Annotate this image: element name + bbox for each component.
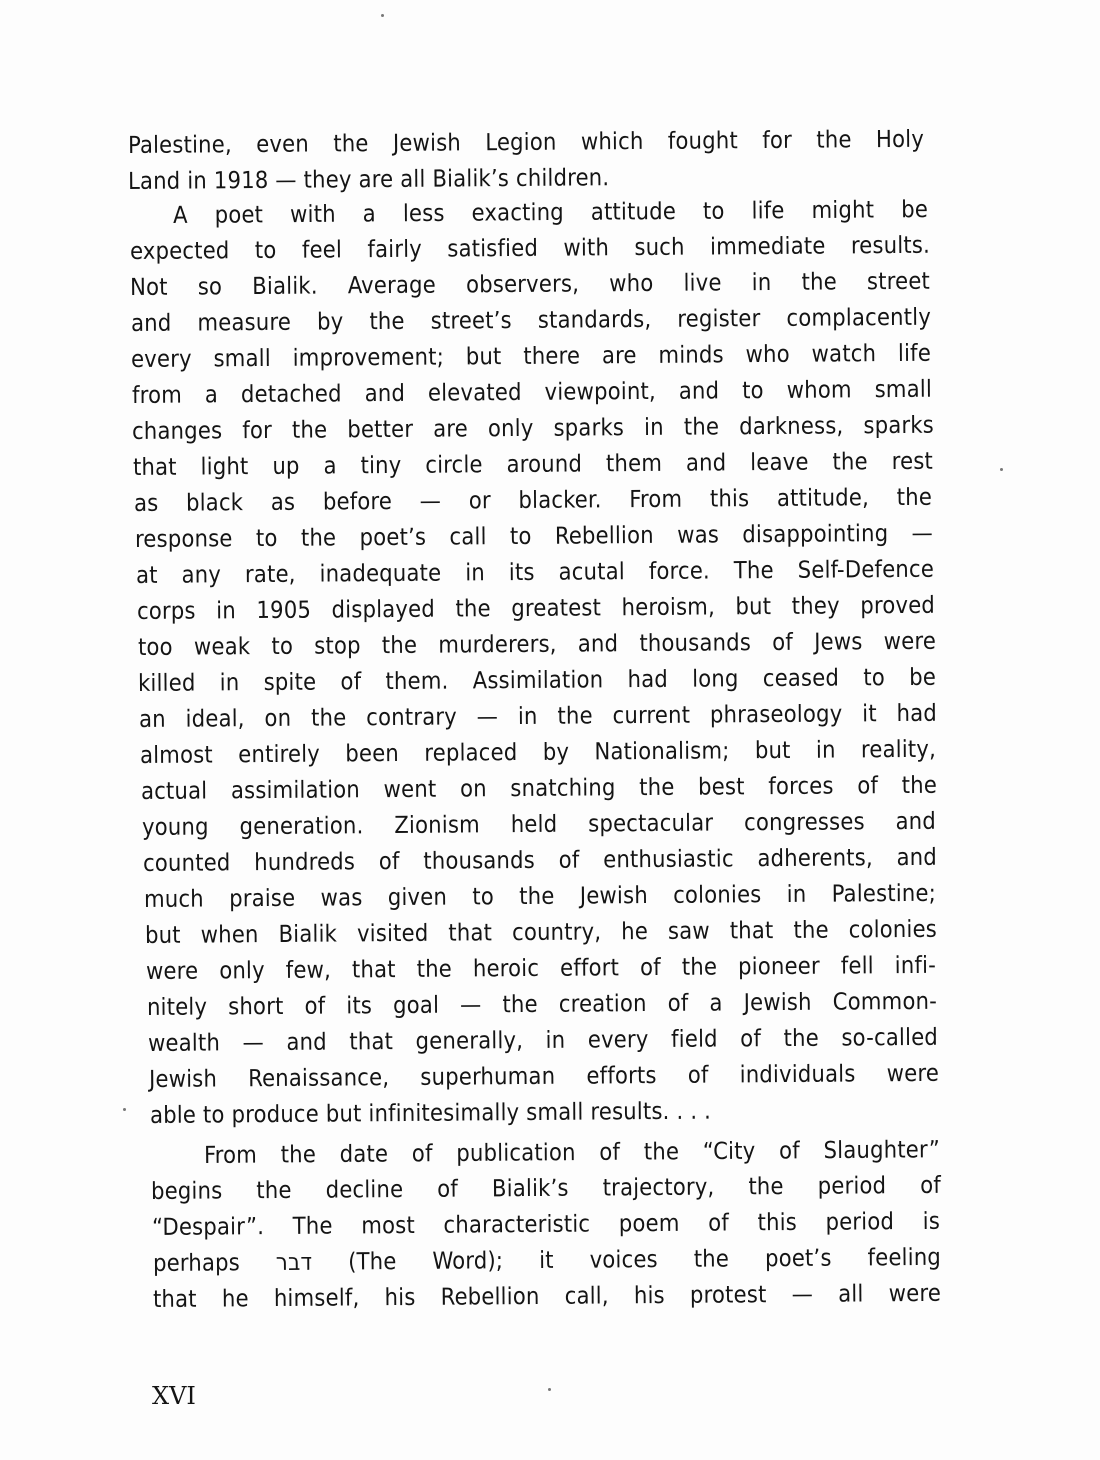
text-line: perhaps דבר (The Word); it voices the po… bbox=[153, 1242, 941, 1278]
text-line: corps in 1905 displayed the greatest her… bbox=[137, 590, 935, 626]
page-number: XVI bbox=[152, 1382, 196, 1410]
text-line: begins the decline of Bialik’s trajector… bbox=[151, 1170, 941, 1206]
text-line: too weak to stop the murderers, and thou… bbox=[138, 626, 936, 662]
text-line: expected to feel fairly satisfied with s… bbox=[130, 230, 930, 266]
text-line: that light up a tiny circle around them … bbox=[133, 446, 933, 482]
text-line: much praise was given to the Jewish colo… bbox=[144, 878, 936, 914]
text-line: and measure by the street’s standards, r… bbox=[131, 302, 931, 338]
text-line: an ideal, on the contrary — in the curre… bbox=[139, 698, 937, 734]
text-line: every small improvement; but there are m… bbox=[131, 338, 931, 374]
text-line: wealth — and that generally, in every fi… bbox=[148, 1022, 938, 1058]
text-line: “Despair”. The most characteristic poem … bbox=[152, 1206, 940, 1242]
scan-speck bbox=[1000, 468, 1003, 471]
text-line: Jewish Renaissance, superhuman efforts o… bbox=[149, 1058, 939, 1094]
text-line: killed in spite of them. Assimilation ha… bbox=[138, 662, 936, 698]
text-line: From the date of publication of the “Cit… bbox=[204, 1134, 940, 1170]
text-line: as black as before — or blacker. From th… bbox=[134, 482, 932, 518]
text-line: young generation. Zionism held spectacul… bbox=[142, 806, 936, 842]
text-line: at any rate, inadequate in its acutal fo… bbox=[136, 554, 934, 590]
text-line: almost entirely been replaced by Nationa… bbox=[140, 734, 936, 770]
text-line: A poet with a less exacting attitude to … bbox=[173, 194, 928, 230]
text-line: Palestine, even the Jewish Legion which … bbox=[128, 124, 924, 160]
text-line: able to produce but infinitesimally smal… bbox=[150, 1096, 670, 1130]
text-line: that he himself, his Rebellion call, his… bbox=[153, 1278, 941, 1314]
book-page: Palestine, even the Jewish Legion which … bbox=[0, 0, 1100, 1460]
scan-speck bbox=[123, 1108, 126, 1111]
text-line: response to the poet’s call to Rebellion… bbox=[135, 518, 933, 554]
text-line: were only few, that the heroic effort of… bbox=[146, 950, 936, 986]
scan-speck bbox=[548, 1388, 551, 1391]
text-line: from a detached and elevated viewpoint, … bbox=[132, 374, 932, 410]
text-line: Not so Bialik. Average observers, who li… bbox=[130, 266, 930, 302]
scan-speck bbox=[381, 14, 384, 17]
text-line: but when Bialik visited that country, he… bbox=[145, 914, 937, 950]
text-line: Land in 1918 — they are all Bialik’s chi… bbox=[128, 161, 728, 196]
text-line: nitely short of its goal — the creation … bbox=[147, 986, 937, 1022]
text-line: counted hundreds of thousands of enthusi… bbox=[143, 842, 937, 878]
text-line: actual assimilation went on snatching th… bbox=[141, 770, 937, 806]
text-line: changes for the better are only sparks i… bbox=[132, 410, 934, 446]
